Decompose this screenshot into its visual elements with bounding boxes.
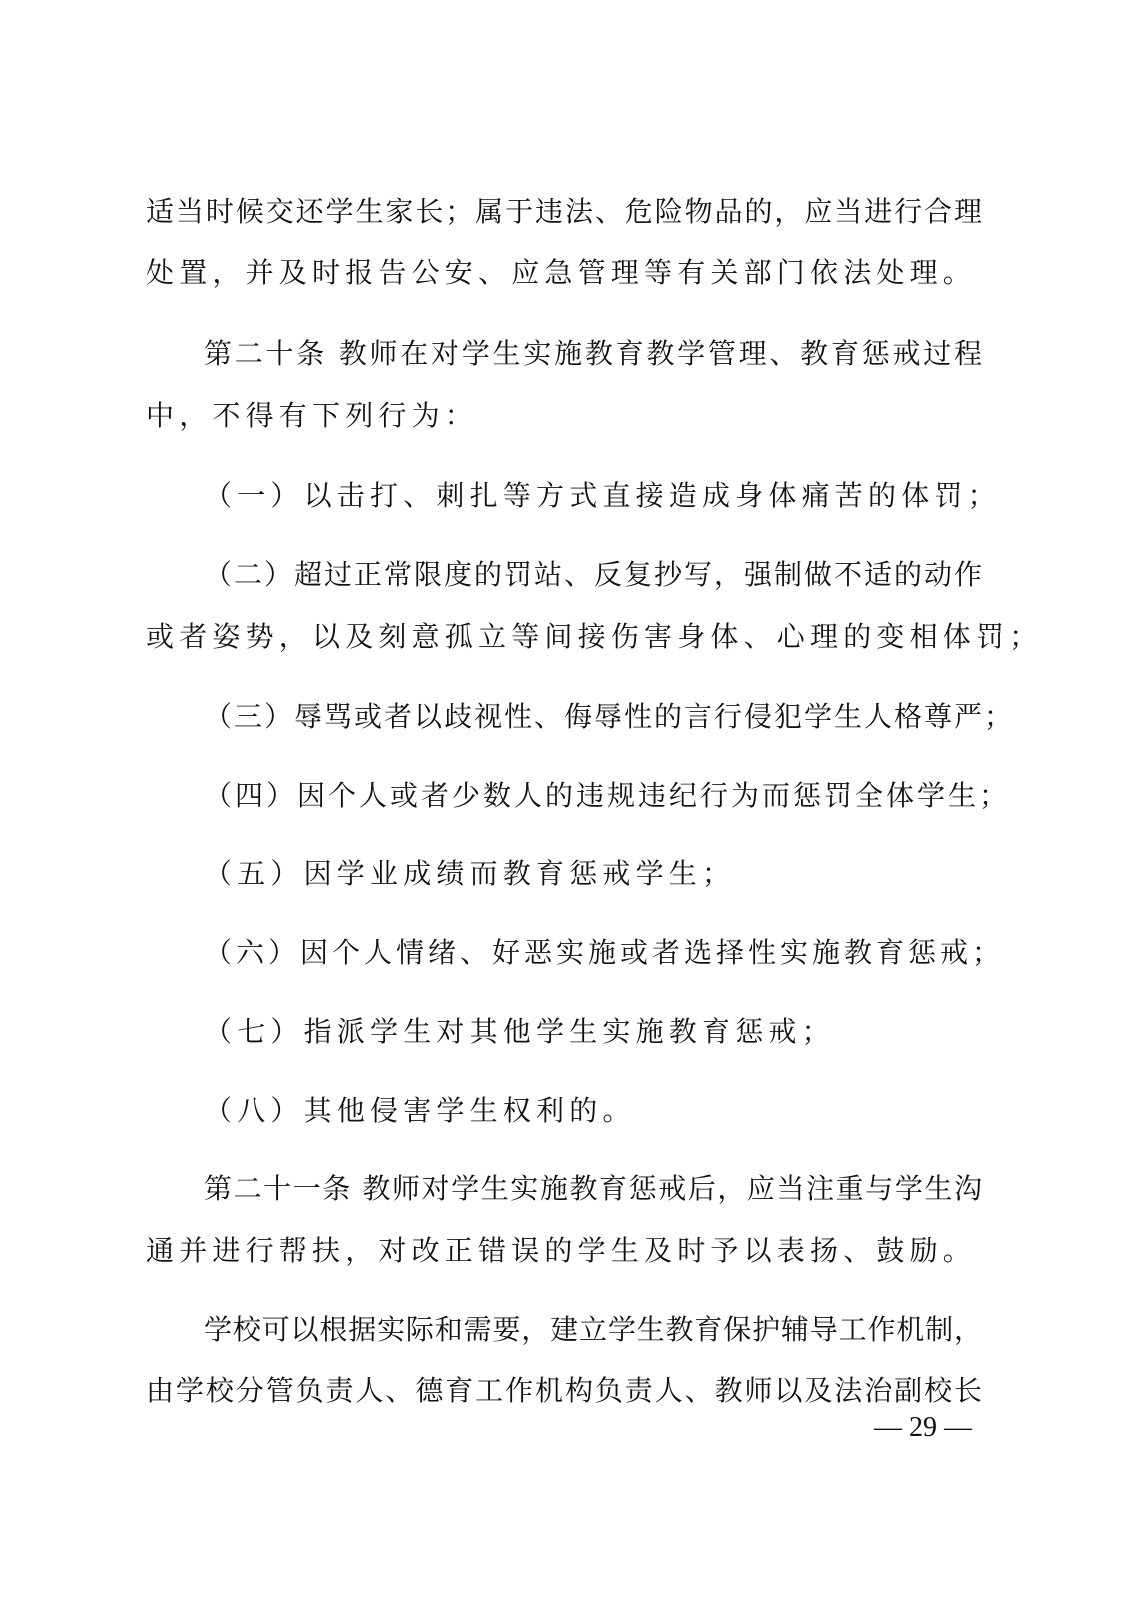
text-line: 适当时候交还学生家长；属于违法、危险物品的，应当进行合理: [146, 192, 982, 232]
list-item-8: （八）其他侵害学生权利的。: [204, 1091, 1040, 1131]
page-number: — 29 —: [858, 1410, 988, 1446]
list-item-2: （二）超过正常限度的罚站、反复抄写，强制做不适的动作: [204, 555, 982, 595]
text-line: 由学校分管负责人、德育工作机构负责人、教师以及法治副校长: [146, 1371, 982, 1411]
text-line: 处置，并及时报告公安、应急管理等有关部门依法处理。: [146, 253, 982, 293]
text-line: 中，不得有下列行为：: [146, 396, 982, 436]
list-item-6: （六）因个人情绪、好恶实施或者选择性实施教育惩戒；: [204, 933, 1040, 973]
article-heading-line: 第二十一条 教师对学生实施教育惩戒后，应当注重与学生沟: [204, 1169, 982, 1209]
article-heading-line: 第二十条 教师在对学生实施教育教学管理、教育惩戒过程: [204, 334, 982, 374]
text-line: 或者姿势，以及刻意孤立等间接伤害身体、心理的变相体罚；: [146, 617, 982, 657]
document-page: 适当时候交还学生家长；属于违法、危险物品的，应当进行合理 处置，并及时报告公安、…: [0, 0, 1131, 1600]
list-item-1: （一）以击打、刺扎等方式直接造成身体痛苦的体罚；: [204, 476, 1040, 516]
list-item-3: （三）辱骂或者以歧视性、侮辱性的言行侵犯学生人格尊严；: [204, 697, 1040, 737]
list-item-7: （七）指派学生对其他学生实施教育惩戒；: [204, 1012, 1040, 1052]
list-item-4: （四）因个人或者少数人的违规违纪行为而惩罚全体学生；: [204, 776, 1040, 816]
list-item-5: （五）因学业成绩而教育惩戒学生；: [204, 854, 1040, 894]
text-line: 通并进行帮扶，对改正错误的学生及时予以表扬、鼓励。: [146, 1231, 982, 1271]
text-line: 学校可以根据实际和需要，建立学生教育保护辅导工作机制，: [204, 1310, 982, 1350]
